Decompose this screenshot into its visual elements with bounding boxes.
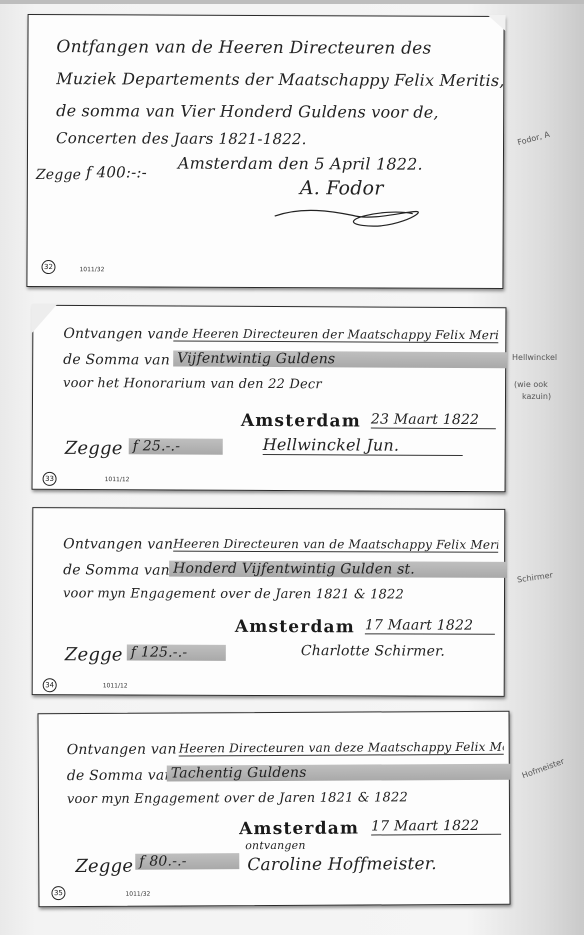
amount-label: Zegge <box>36 167 81 183</box>
receipt-line-1-fill: Heeren Directeuren van de Maatschappy Fe… <box>173 537 498 553</box>
receipt-card-35: Ontvangen van Heeren Directeuren van dez… <box>37 711 510 907</box>
margin-note-parenthetical-1: (wie ook <box>514 380 548 389</box>
receipt-line-3: voor myn Engagement over de Jaren 1821 &… <box>63 586 404 602</box>
amount-label: Zegge <box>75 856 133 877</box>
accession-number: 1011/12 <box>103 682 128 689</box>
place: Amsterdam <box>241 411 361 432</box>
accession-number: 1011/32 <box>79 266 104 273</box>
amount-value: f 25.-.- <box>129 438 223 454</box>
margin-note-hofmeister: Hofmeister <box>521 757 566 781</box>
receipt-line-1-fill: de Heeren Directeuren der Maatschappy Fe… <box>173 326 498 343</box>
signature-flourish-icon <box>273 201 423 232</box>
scan-top-edge <box>0 0 584 4</box>
place-date: Amsterdam den 5 April 1822. <box>178 154 423 174</box>
receipt-line-1-prefix: Ontvangen van <box>63 326 173 343</box>
receipt-card-32: Ontfangen van de Heeren Directeuren des … <box>26 14 504 289</box>
receipt-line-1-prefix: Ontvangen van <box>67 742 177 759</box>
archive-stamp-number: 33 <box>43 472 57 486</box>
receipt-line-1-fill: Heeren Directeuren van deze Maatschappy … <box>179 740 504 757</box>
receipt-line-2-prefix: de Somma van <box>63 562 170 578</box>
date: 23 Maart 1822 <box>371 412 496 430</box>
receipt-line: de somma van Vier Honderd Guldens voor d… <box>56 101 439 122</box>
receipt-line-3: voor het Honorarium van den 22 Decr <box>63 376 322 392</box>
receipt-card-33: Ontvangen van de Heeren Directeuren der … <box>32 305 507 492</box>
accession-number: 1011/32 <box>125 891 150 898</box>
amount-value: f 125.-.- <box>127 645 226 661</box>
folded-corner <box>488 15 506 31</box>
receipt-line-2-fill: Tachentig Guldens <box>167 764 511 782</box>
received-note: ontvangen <box>245 839 305 852</box>
date: 17 Maart 1822 <box>365 617 495 634</box>
place: Amsterdam <box>235 617 355 637</box>
margin-note-parenthetical-2: kazuin) <box>522 392 551 401</box>
amount-value: f 80.-.- <box>135 853 239 870</box>
receipt-line-2-fill: Honderd Vijfentwintig Gulden st. <box>169 561 507 578</box>
archive-stamp-number: 34 <box>43 678 57 692</box>
archive-stamp-number: 35 <box>51 886 65 900</box>
margin-note-hellwinckel: Hellwinckel <box>512 353 557 362</box>
signature: A. Fodor <box>300 177 384 199</box>
receipt-line-3: voor myn Engagement over de Jaren 1821 &… <box>67 790 408 807</box>
place: Amsterdam <box>239 819 359 840</box>
accession-number: 1011/12 <box>105 476 130 483</box>
receipt-line-2-prefix: de Somma van <box>67 768 174 785</box>
receipt-line: Concerten des Jaars 1821-1822. <box>56 129 307 148</box>
date: 17 Maart 1822 <box>371 818 501 836</box>
amount-label: Zegge <box>65 438 123 459</box>
amount-label: Zegge <box>65 644 123 665</box>
folded-corner <box>31 304 57 334</box>
receipt-line: Muziek Departements der Maatschappy Feli… <box>56 69 504 90</box>
signature: Charlotte Schirmer. <box>301 643 445 660</box>
receipt-line-2-prefix: de Somma van <box>63 352 170 369</box>
margin-note-fodor: Fodor, A <box>516 130 550 147</box>
receipt-card-34: Ontvangen van Heeren Directeuren van de … <box>32 507 506 697</box>
signature: Hellwinckel Jun. <box>263 435 463 456</box>
archive-stamp-number: 32 <box>41 260 55 274</box>
amount-value: f 400:-:- <box>86 163 147 181</box>
signature: Caroline Hoffmeister. <box>247 854 437 875</box>
receipt-line: Ontfangen van de Heeren Directeuren des <box>56 37 431 59</box>
receipt-line-2-fill: Vijfentwintig Guldens <box>173 350 507 368</box>
margin-note-schirmer: Schirmer <box>517 571 554 585</box>
receipt-line-1-prefix: Ontvangen van <box>63 536 173 552</box>
